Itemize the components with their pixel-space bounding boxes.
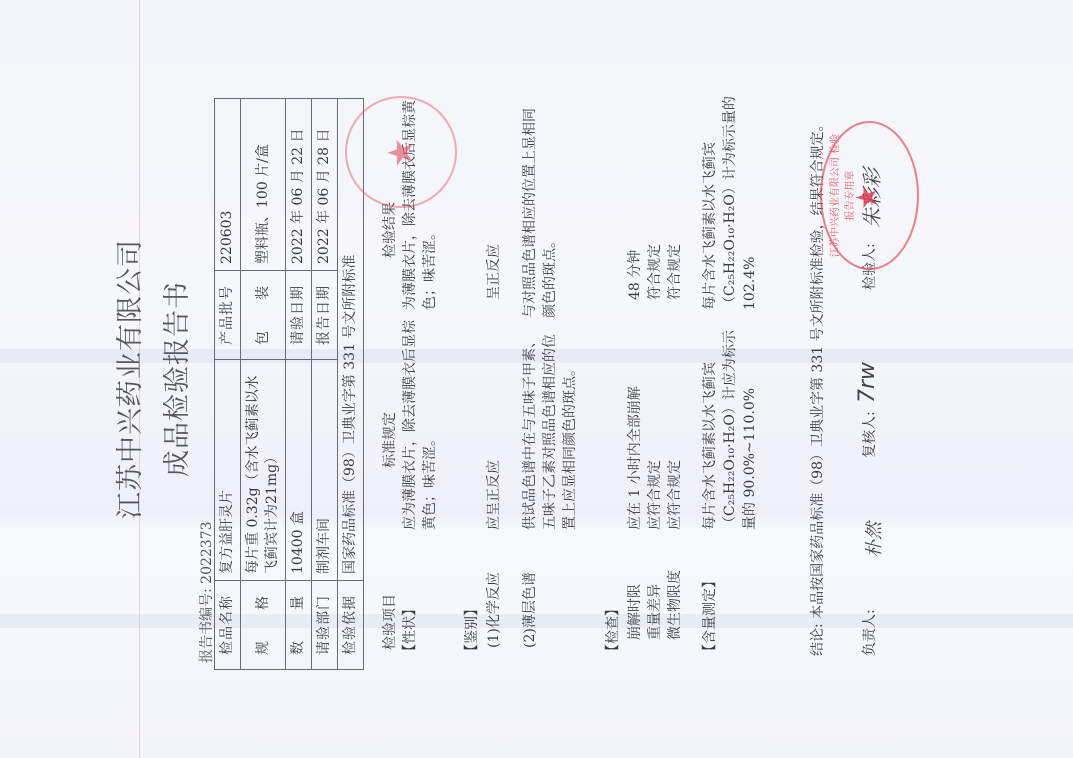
col-result-header: 检验结果: [380, 202, 400, 258]
seal-text: 江苏中兴药业有限公司 检验报告专用章: [826, 133, 856, 258]
section-heading-appearance: 【性状】: [400, 602, 420, 658]
quantity-value: 10400 盒: [286, 360, 312, 581]
product-name: 复方益肝灵片: [215, 360, 241, 581]
request-date: 2022 年 06 月 22 日: [286, 99, 312, 271]
standard-assay: 每片含水飞蓟素以水飞蓟宾（C₂₅H₂₂O₁₀·H₂O）计应为标示量的 90.0%…: [700, 318, 760, 530]
company-name: 江苏中兴药业有限公司: [108, 0, 147, 758]
result-chem-reaction: 呈正反应: [484, 244, 504, 300]
report-title: 成品检验报告书: [155, 0, 194, 758]
result-tlc: 与对照品色谱相应的位置上显相同颜色的斑点。: [520, 108, 560, 318]
standard-chem-reaction: 应呈正反应: [484, 460, 504, 530]
item-chem-reaction: (1)化学反应: [484, 572, 504, 648]
request-date-label: 请验日期: [286, 271, 312, 360]
responsible-signature: 朴然: [860, 522, 886, 558]
packaging-label: 包 装: [241, 271, 286, 360]
col-standard-header: 标准规定: [380, 412, 400, 468]
packaging-value: 塑料瓶、100 片/盒: [241, 99, 286, 271]
result-assay: 每片含水飞蓟素以水飞蓟宾（C₂₅H₂₂O₁₀·H₂O）计为标示量的 102.4%: [700, 95, 760, 310]
report-date: 2022 年 06 月 28 日: [312, 99, 338, 271]
result-disintegration: 48 分钟: [625, 250, 645, 300]
spec-label: 规 格: [241, 581, 286, 670]
report-seal-stamp: ★ 江苏中兴药业有限公司 检验报告专用章: [820, 121, 919, 270]
batch-number: 220603: [215, 99, 241, 271]
col-item-header: 检验项目: [380, 594, 400, 650]
batch-label: 产品批号: [215, 271, 241, 360]
standard-weight-variation: 应符合规定: [645, 460, 665, 530]
report-date-label: 报告日期: [312, 271, 338, 360]
item-tlc: (2)薄层色谱: [520, 572, 540, 648]
product-name-label: 检品名称: [215, 581, 241, 670]
basis-label: 检验依据: [338, 581, 364, 670]
section-heading-inspection: 【检查】: [603, 602, 623, 658]
standard-tlc: 供试品色谱中在与五味子甲素、五味子乙素对照品色谱相应的位置上应显相同颜色的斑点。: [520, 330, 580, 530]
info-table: 检品名称 复方益肝灵片 产品批号 220603 规 格 每片重 0.32g（含水…: [214, 98, 364, 670]
section-heading-assay: 【含量测定】: [700, 574, 720, 658]
result-microbial-limit: 符合规定: [665, 244, 685, 300]
result-weight-variation: 符合规定: [645, 244, 665, 300]
reviewer-label: 复核人:: [860, 411, 880, 458]
reviewer-signature: 7rw: [855, 362, 880, 403]
standard-microbial-limit: 应符合规定: [665, 460, 685, 530]
item-microbial-limit: 微生物限度: [665, 570, 685, 640]
quantity-label: 数 量: [286, 581, 312, 670]
report-number: 报告书编号: 2022373: [196, 521, 216, 663]
responsible-label: 负责人:: [860, 609, 880, 656]
standard-disintegration: 应在 1 小时内全部崩解: [625, 386, 645, 530]
spec-value: 每片重 0.32g（含水飞蓟素以水飞蓟宾计为21mg）: [241, 360, 286, 581]
company-seal-stamp: ★: [345, 96, 457, 208]
section-heading-identification: 【鉴别】: [462, 602, 482, 658]
item-disintegration: 崩解时限: [625, 584, 645, 640]
report-page: 江苏中兴药业有限公司 成品检验报告书 报告书编号: 2022373 检品名称 复…: [0, 0, 1073, 758]
star-icon: ★: [381, 138, 421, 168]
item-weight-variation: 重量差异: [645, 584, 665, 640]
dept-value: 制剂车间: [312, 360, 338, 581]
dept-label: 请验部门: [312, 581, 338, 670]
standard-appearance: 应为薄膜衣片，除去薄膜衣后显棕黄色；味苦涩。: [400, 318, 440, 530]
